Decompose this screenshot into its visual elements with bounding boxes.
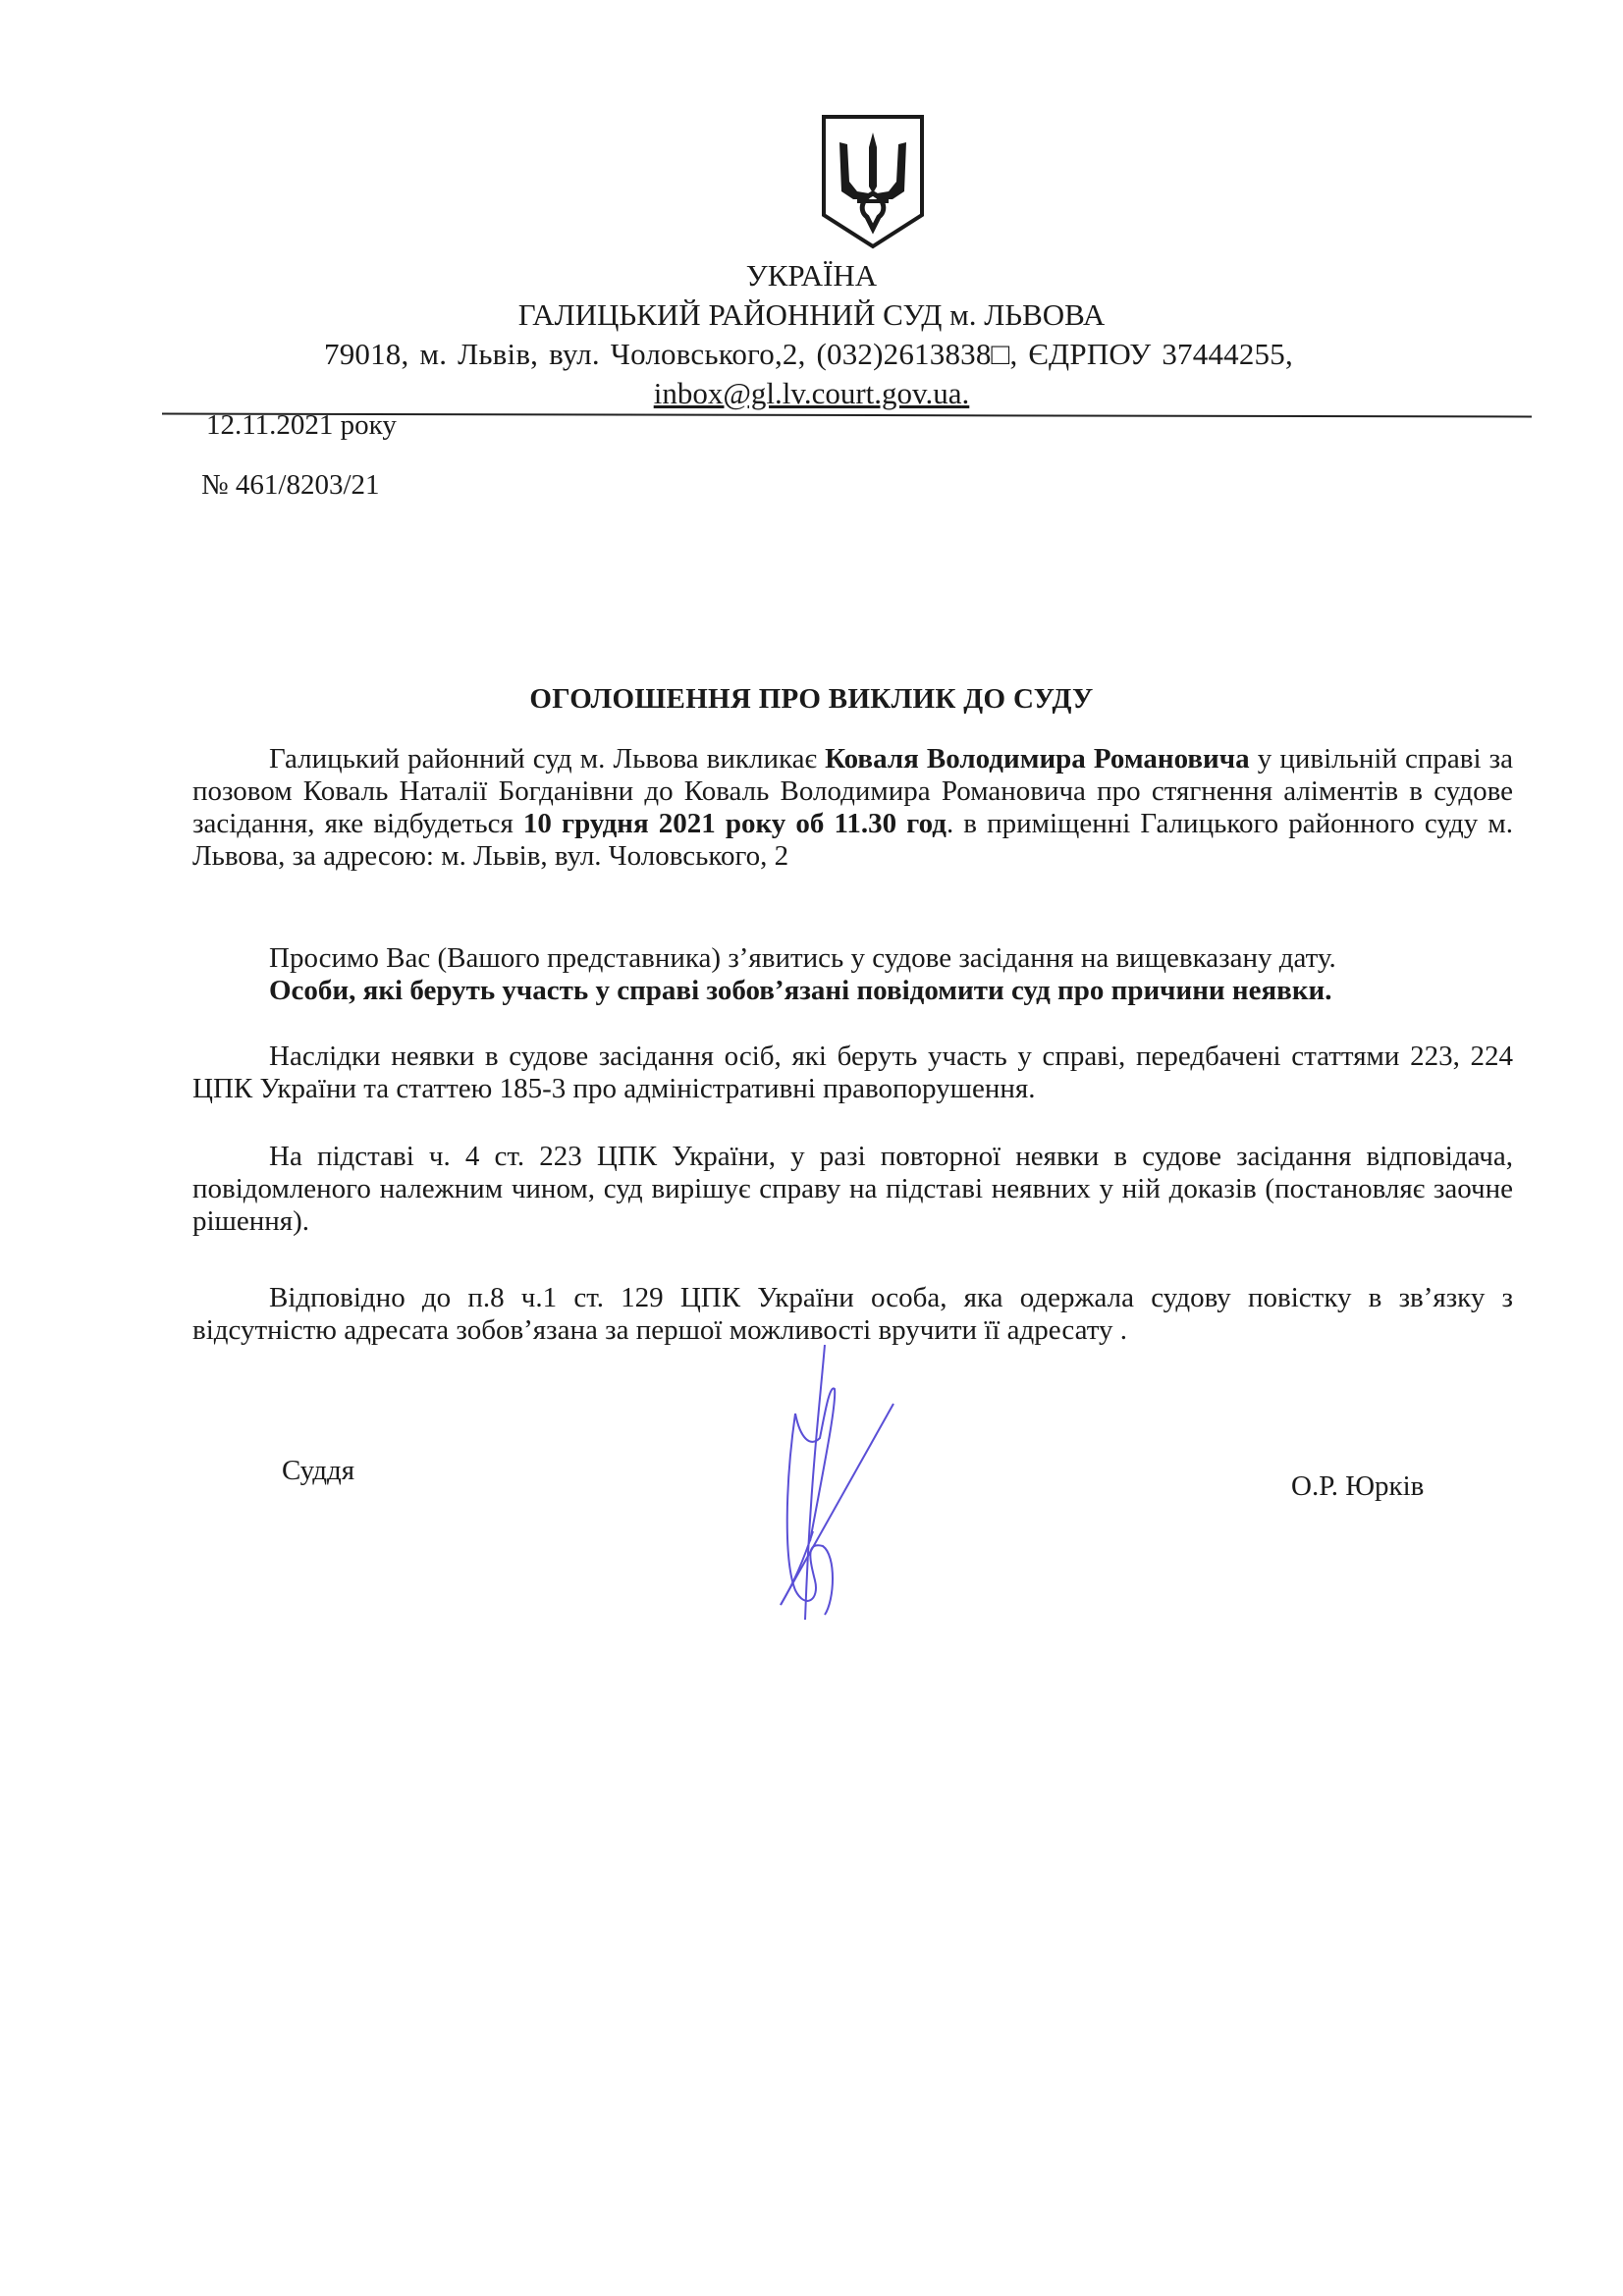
court-email: inbox@gl.lv.court.gov.ua. — [0, 375, 1623, 412]
consequences-paragraph: Наслідки неявки в судове засідання осіб,… — [192, 1041, 1513, 1105]
judge-name: О.Р. Юрків — [1291, 1470, 1424, 1503]
judge-label: Суддя — [282, 1455, 354, 1487]
p1-text-1: Галицький районний суд м. Львова виклика… — [269, 743, 825, 774]
hearing-datetime: 10 грудня 2021 року об 11.30 год — [523, 808, 947, 839]
email-link[interactable]: inbox@gl.lv.court.gov.ua — [654, 376, 962, 410]
ukraine-trident-emblem-icon — [818, 113, 928, 250]
handwritten-signature-icon — [687, 1345, 1041, 1639]
country-name: УКРАЇНА — [0, 257, 1623, 294]
court-address: 79018, м. Львів, вул. Чоловського,2, (03… — [324, 336, 1414, 373]
court-name: ГАЛИЦЬКИЙ РАЙОННИЙ СУД м. ЛЬВОВА — [0, 296, 1623, 334]
document-title: ОГОЛОШЕННЯ ПРО ВИКЛИК ДО СУДУ — [0, 683, 1623, 716]
case-number: № 461/8203/21 — [201, 469, 380, 502]
document-date: 12.11.2021 року — [206, 409, 397, 442]
absence-notice-line: Особи, які беруть участь у справі зобов’… — [192, 975, 1513, 1007]
default-judgment-paragraph: На підставі ч. 4 ст. 223 ЦПК України, у … — [192, 1141, 1513, 1238]
email-suffix: . — [962, 376, 970, 410]
appearance-request-line: Просимо Вас (Вашого представника) з’явит… — [192, 942, 1513, 975]
delivery-obligation-paragraph: Відповідно до п.8 ч.1 ст. 129 ЦПК Україн… — [192, 1282, 1513, 1347]
defendant-name: Коваля Володимира Романовича — [825, 743, 1250, 774]
appearance-request: Просимо Вас (Вашого представника) з’явит… — [192, 942, 1513, 1007]
summons-paragraph: Галицький районний суд м. Львова виклика… — [192, 743, 1513, 873]
